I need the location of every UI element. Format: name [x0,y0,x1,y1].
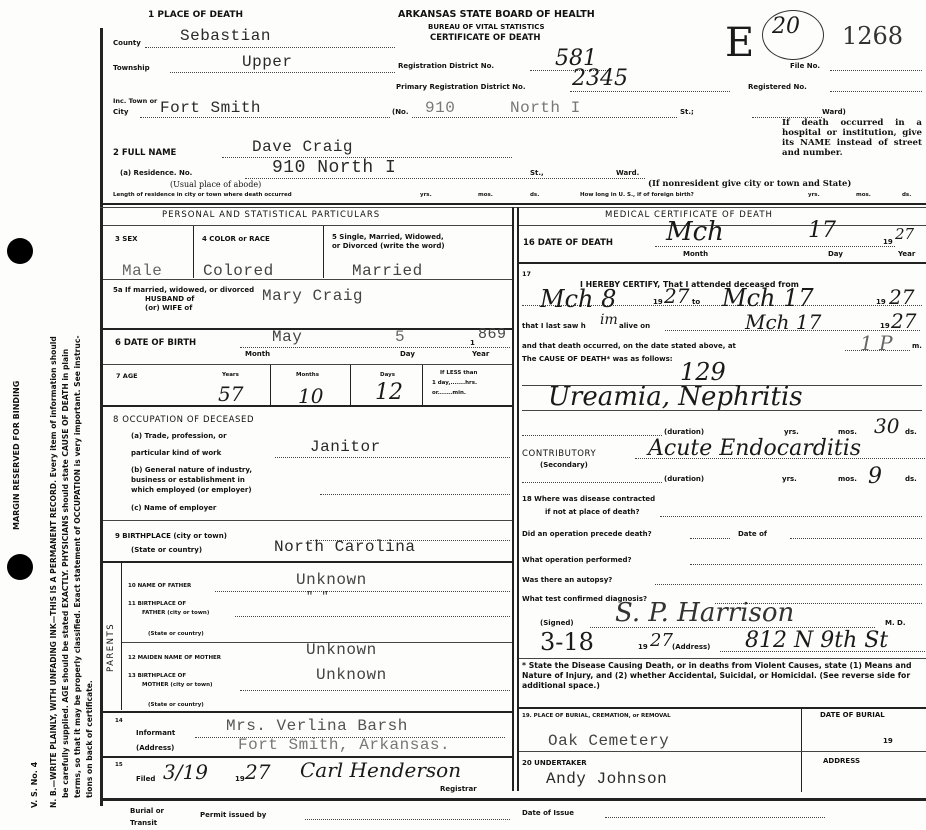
rule [193,226,194,278]
dod-year-label: Year [898,250,915,258]
less-than-label-2: 1 day,.......hrs. [432,380,477,386]
burial-transit-label-1: Burial or [130,807,164,815]
last-saw-him: im [600,312,618,328]
cause-duration-days: 30 [874,414,899,438]
autopsy-line [655,584,922,585]
secondary-label: (Secondary) [540,461,588,469]
operation-line [690,538,730,539]
permit-label: Permit issued by [200,811,266,819]
industry-label-2: business or establishment in [131,476,245,484]
filed-date: 3/19 [163,760,208,784]
attended-to-year-prefix: 19 [876,298,886,306]
street-line [412,117,677,118]
binding-hole-top [7,238,33,264]
certificate-title: CERTIFICATE OF DEATH [430,33,541,43]
full-name-value: Dave Craig [252,138,353,156]
parents-side-label: PARENTS [106,623,116,672]
date-of-death-label: 16 DATE OF DEATH [523,238,613,248]
residence-value: 910 North I [272,158,396,178]
dod-year: 27 [895,225,914,243]
place-of-death-title: 1 PLACE OF DEATH [148,10,243,20]
form-left-border [100,28,103,806]
undertaker-label: 20 UNDERTAKER [522,759,587,767]
date-of-issue-line [605,817,825,818]
foreign-birth-label: How long in U. S., if of foreign birth? [580,192,694,198]
signed-year-prefix: 19 [638,643,648,651]
margin-binding-note: MARGIN RESERVED FOR BINDING [12,381,21,530]
age-days-label: Days [380,372,395,378]
operation-performed-label: What operation performed? [522,556,632,564]
ward-label: Ward) [822,108,846,116]
physician-address-label: (Address) [672,643,710,651]
rule [103,561,512,563]
time-m-label: m. [912,342,922,350]
rule [323,226,324,278]
rule [103,279,512,280]
primary-registration-value: 2345 [572,66,628,91]
residence-st-label: St., [530,169,544,177]
length-mos: mos. [478,192,493,198]
birthplace-value: North Carolina [274,538,415,556]
foreign-ds: ds. [902,192,911,198]
rule [422,365,423,405]
autopsy-label: Was there an autopsy? [522,576,612,584]
form-bottom-border [100,798,926,801]
burial-date-year-prefix: 19 [883,737,893,745]
contributory-value: Acute Endocarditis [648,436,861,461]
informant-number: 14 [115,718,123,724]
contracted-line [660,516,922,517]
bureau-title: BUREAU OF VITAL STATISTICS [428,23,545,31]
street-no-label: (No. [392,108,409,116]
father-state-label: (State or country) [148,631,204,637]
spouse-label-2: HUSBAND of [145,295,194,303]
age-label: 7 AGE [116,372,138,380]
physician-signature: S. P. Harrison [615,598,794,628]
employer-label: (c) Name of employer [131,504,216,512]
marital-label-2: or Divorced (write the word) [332,242,445,250]
alive-on-label: alive on [619,322,650,330]
industry-line [320,494,510,495]
stamp-letter: E [725,20,754,66]
filed-year-prefix: 19 [235,775,245,783]
trade-value: Janitor [310,438,381,456]
last-saw-date: Mch 17 [745,310,821,334]
informant-value: Mrs. Verlina Barsh [226,717,408,735]
item-17-label: 17 [522,270,531,278]
registered-no-line [830,91,922,92]
mother-bp-label-1: 13 BIRTHPLACE OF [128,673,186,679]
industry-label-3: which employed (or employer) [131,486,252,494]
rule [801,708,802,792]
board-title: ARKANSAS STATE BOARD OF HEALTH [398,9,595,20]
city-label-1: Inc. Town or [113,97,157,105]
signed-year: 27 [650,630,673,651]
burial-transit-label-2: Transit [130,819,157,827]
marital-value: Married [352,262,423,280]
cause-duration-label: (duration) [664,428,704,436]
dob-day: 5 [395,328,405,346]
foreign-yrs: yrs. [808,192,820,198]
primary-registration-line [570,91,730,92]
length-of-residence-label: Length of residence in city or town wher… [113,192,292,198]
rule [103,711,512,713]
sex-value: Male [122,262,162,280]
registrar-signature: Carl Henderson [300,758,461,782]
cause-yrs-label: yrs. [784,428,799,436]
county-label: County [113,39,141,47]
dod-month-label: Month [683,250,708,258]
contracted-label-2: if not at place of death? [545,508,640,516]
file-number-stamp: 1268 [842,22,903,50]
cause-of-death-value: Ureamia, Nephritis [548,382,803,412]
rule [519,751,926,752]
rule [103,364,512,365]
mother-name-value: Unknown [306,641,377,659]
township-line [170,72,395,73]
md-label: M. D. [885,619,906,627]
county-line [145,47,395,48]
operation-performed-line [690,564,922,565]
filed-label: Filed [136,775,155,783]
father-name-line [215,591,510,592]
informant-address-label: (Address) [136,744,174,752]
rule [519,707,926,709]
attended-to-year: 27 [889,285,914,309]
last-saw-year: 27 [891,309,916,333]
rule [103,520,512,521]
mother-name-label: 12 MAIDEN NAME OF MOTHER [128,655,221,661]
informant-address-value: Fort Smith, Arkansas. [238,736,450,754]
attended-to: Mch 17 [722,284,814,312]
attended-from-year-prefix: 19 [653,298,663,306]
trade-line [275,457,510,458]
signed-date: 3-18 [540,628,594,656]
contributory-mos-label: mos. [838,475,857,483]
nonresident-note: (If nonresident give city or town and St… [648,178,851,188]
personal-section-title: PERSONAL AND STATISTICAL PARTICULARS [162,210,380,220]
length-ds: ds. [530,192,539,198]
spouse-label-1: 5a If married, widowed, or divorced [113,286,254,294]
industry-label-1: (b) General nature of industry, [131,466,252,474]
father-bp-label-1: 11 BIRTHPLACE OF [128,601,186,607]
rule [103,328,512,330]
section-divider [100,203,926,205]
foreign-mos: mos. [856,192,871,198]
contributory-label: CONTRIBUTORY [522,449,596,459]
last-saw-label: that I last saw h [522,322,586,330]
abode-note: (Usual place of abode) [170,180,261,189]
filed-number: 15 [115,762,123,768]
stamp-circle-number: 20 [772,14,800,39]
birthplace-label-2: (State or country) [131,546,202,554]
undertaker-address-label: ADDRESS [823,757,860,765]
residence-ward-label: Ward. [616,169,639,177]
rule [103,225,512,226]
dob-month-label: Month [245,350,270,358]
filed-year: 27 [245,760,270,784]
occupation-label: 8 OCCUPATION OF DECEASED [113,415,254,425]
father-bp-value: " " [306,590,329,604]
operation-label: Did an operation precede death? [522,530,652,538]
rule [519,658,926,659]
street-no-value: 910 [425,99,455,117]
cause-mos-label: mos. [838,428,857,436]
residence-line [245,178,645,179]
occurred-label: and that death occurred, on the date sta… [522,342,736,350]
father-name-value: Unknown [296,571,367,589]
contributory-duration-days: 9 [868,464,882,489]
trade-label-2: particular kind of work [131,449,221,457]
dob-year-label: Year [472,350,489,358]
city-value: Fort Smith [160,99,261,117]
physician-address-value: 812 N 9th St [745,628,888,653]
mother-bp-label-2: MOTHER (city or town) [142,682,213,688]
city-line [140,117,390,118]
dob-day-label: Day [400,350,415,358]
contributory-duration-line [522,482,662,483]
last-saw-year-prefix: 19 [880,322,890,330]
contracted-label-1: 18 Where was disease contracted [522,495,655,503]
residence-label: (a) Residence. No. [120,169,192,177]
rule [522,410,922,411]
dod-day-label: Day [828,250,843,258]
cause-duration-line [522,435,662,436]
margin-instructions-3: terms, so that it may be properly classi… [73,336,82,799]
parents-divider [121,562,122,710]
dob-year-prefix: 1 [470,339,475,347]
spouse-label-3: (or) WIFE of [145,304,192,312]
township-value: Upper [242,53,293,71]
cause-footnote: * State the Disease Causing Death, or in… [522,661,922,691]
marital-label-1: 5 Single, Married, Widowed, [332,233,444,241]
dob-year: 869 [478,326,507,343]
dob-label: 6 DATE OF BIRTH [115,338,196,348]
age-years-value: 57 [218,382,243,406]
cause-label: The CAUSE OF DEATH* was as follows: [522,355,673,363]
dod-day: 17 [808,218,836,243]
burial-place-label: 19. PLACE OF BURIAL, CREMATION, or REMOV… [522,713,671,719]
burial-date-label: DATE OF BURIAL [820,711,885,719]
operation-date-label: Date of [738,530,767,538]
less-than-label-3: or.......min. [432,390,466,396]
hospital-note: If death occurred in a hospital or insti… [782,118,922,158]
dod-year-prefix: 19 [883,238,893,246]
burial-place-value: Oak Cemetery [548,732,669,750]
informant-label: Informant [136,729,175,737]
race-value: Colored [203,262,274,280]
registered-no-label: Registered No. [748,83,807,91]
contributory-ds-label: ds. [905,475,917,483]
age-years-label: Years [222,372,239,378]
primary-registration-label: Primary Registration District No. [396,83,526,91]
undertaker-value: Andy Johnson [546,770,667,788]
age-months-label: Months [296,372,319,378]
registration-district-label: Registration District No. [398,62,494,70]
rule [519,262,926,264]
contributory-yrs-label: yrs. [782,475,797,483]
center-divider-left [512,207,514,791]
margin-form-number: V. S. No. 4 [30,762,39,808]
margin-instructions-2: be carefully supplied. AGE should be sta… [61,349,70,798]
race-label: 4 COLOR or RACE [202,235,270,243]
street-name-value: North I [510,99,581,117]
spouse-value: Mary Craig [262,287,363,305]
length-yrs: yrs. [420,192,432,198]
attended-from-year: 27 [664,284,689,308]
birthplace-label-1: 9 BIRTHPLACE (city or town) [115,532,227,540]
father-bp-line [235,616,510,617]
permit-line [305,819,510,820]
mother-state-label: (State or country) [148,702,204,708]
margin-instructions-4: tions on back of certificate. [85,680,94,798]
street-st-label: St.; [680,108,694,116]
township-label: Township [113,64,150,72]
margin-instructions-1: N. B.—WRITE PLAINLY, WITH UNFADING INK—T… [49,336,58,808]
age-days-value: 12 [375,380,403,405]
full-name-label: 2 FULL NAME [113,148,176,158]
dod-month: Mch [666,217,724,247]
file-no-label: File No. [790,62,820,70]
mother-bp-line [240,690,510,691]
city-label-2: City [113,108,128,116]
mother-bp-value: Unknown [316,666,387,684]
father-bp-label-2: FATHER (city or town) [142,610,209,616]
attended-from: Mch 8 [540,285,616,313]
rule [270,365,271,405]
less-than-label-1: If LESS than [440,370,477,376]
operation-date-line [790,538,922,539]
time-value: 1 P [860,331,893,355]
county-value: Sebastian [180,27,271,45]
trade-label-1: (a) Trade, profession, or [131,432,227,440]
attended-to-label: to [692,298,700,306]
dob-month: May [272,328,302,346]
date-of-issue-label: Date of Issue [522,809,574,817]
dob-line [240,347,510,348]
father-name-label: 10 NAME OF FATHER [128,583,191,589]
center-divider-right [517,207,519,791]
signed-label: (Signed) [540,619,574,627]
binding-hole-bottom [7,554,33,580]
rule [350,365,351,405]
registrar-label: Registrar [440,785,477,793]
file-no-line [830,70,922,71]
cause-ds-label: ds. [905,428,917,436]
sex-label: 3 SEX [115,235,138,243]
rule [103,405,512,407]
contributory-duration-label: (duration) [664,475,704,483]
